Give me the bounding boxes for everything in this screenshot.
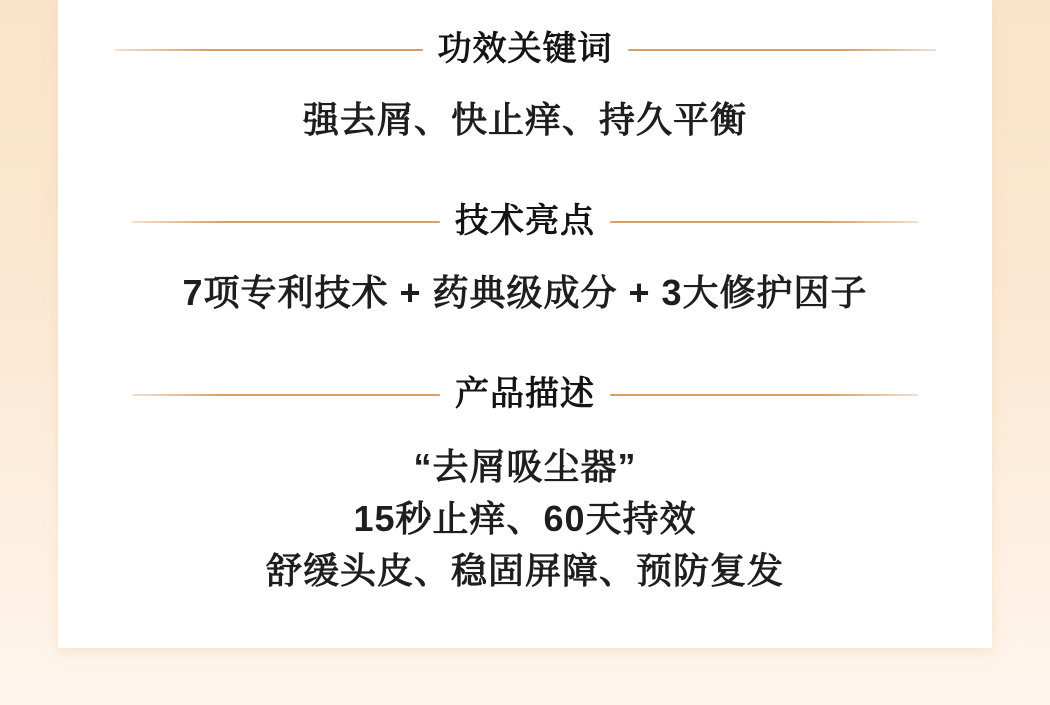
page-background: 功效关键词 强去屑、快止痒、持久平衡 技术亮点 7项专利技术 + 药典级成分 +… (0, 0, 1050, 705)
product-effect-duration-text: 15秒止痒、60天持效 (58, 493, 992, 545)
section-efficacy-keywords: 功效关键词 强去屑、快止痒、持久平衡 (58, 28, 992, 142)
divider-line-left (132, 394, 440, 396)
content-card: 功效关键词 强去屑、快止痒、持久平衡 技术亮点 7项专利技术 + 药典级成分 +… (58, 0, 992, 648)
section-header: 功效关键词 (58, 28, 992, 72)
section-title: 技术亮点 (455, 200, 595, 244)
section-header: 技术亮点 (58, 200, 992, 244)
section-title: 功效关键词 (438, 28, 613, 72)
product-benefits-text: 舒缓头皮、稳固屏障、预防复发 (58, 545, 992, 597)
section-header: 产品描述 (58, 373, 992, 417)
section-product-description: 产品描述 “去屑吸尘器” 15秒止痒、60天持效 舒缓头皮、稳固屏障、预防复发 (58, 373, 992, 597)
efficacy-keywords-text: 强去屑、快止痒、持久平衡 (58, 98, 992, 142)
divider-line-right (628, 49, 936, 51)
divider-line-left (115, 49, 423, 51)
divider-line-right (610, 394, 918, 396)
section-title: 产品描述 (455, 373, 595, 417)
product-nickname-text: “去屑吸尘器” (58, 441, 992, 493)
product-description-text-group: “去屑吸尘器” 15秒止痒、60天持效 舒缓头皮、稳固屏障、预防复发 (58, 441, 992, 597)
section-tech-highlights: 技术亮点 7项专利技术 + 药典级成分 + 3大修护因子 (58, 200, 992, 315)
divider-line-right (610, 221, 918, 223)
tech-highlights-text: 7项专利技术 + 药典级成分 + 3大修护因子 (58, 271, 992, 315)
divider-line-left (132, 221, 440, 223)
